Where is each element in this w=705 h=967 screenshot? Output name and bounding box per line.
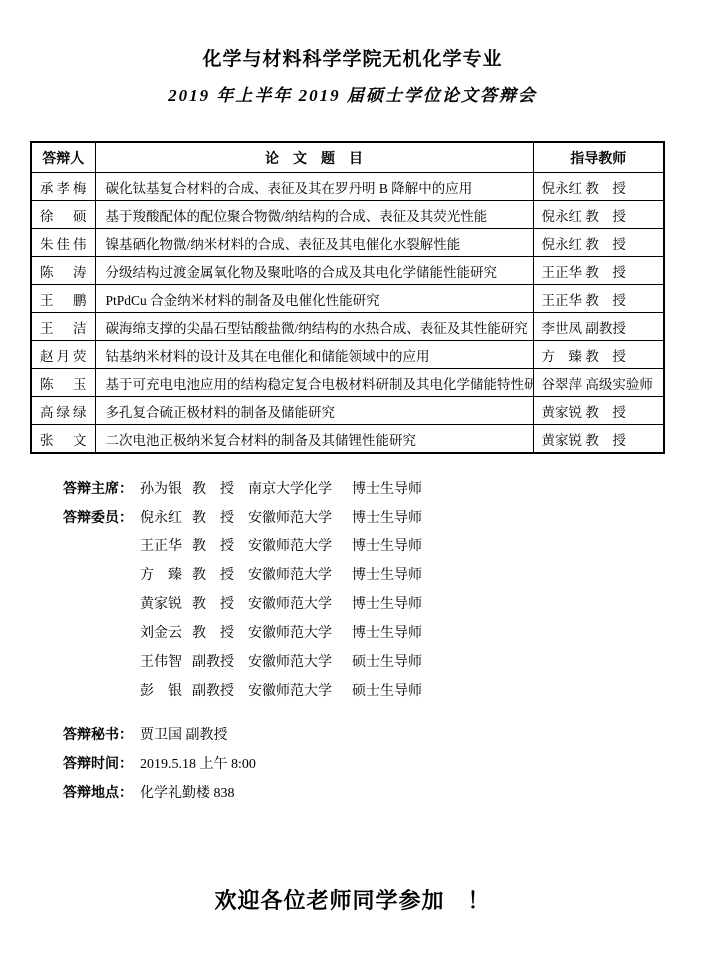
member-name: 王正华 — [140, 532, 192, 561]
header-thesis-title: 论 文 题 目 — [95, 142, 533, 173]
page-subtitle: 2019 年上半年 2019 届硕士学位论文答辩会 — [0, 81, 705, 106]
advisor-name: 倪永红 教 授 — [533, 229, 664, 257]
member-institution: 安徽师范大学 — [248, 677, 352, 706]
table-row: 徐 硕 基于羧酸配体的配位聚合物微/纳结构的合成、表征及其荧光性能 倪永红 教 … — [31, 201, 664, 229]
table-row: 王 鹏 PtPdCu 合金纳米材料的制备及电催化性能研究 王正华 教 授 — [31, 285, 664, 313]
thesis-title: 碳化钛基复合材料的合成、表征及其在罗丹明 B 降解中的应用 — [95, 173, 533, 201]
defender-name: 高绿绿 — [31, 397, 95, 425]
defender-name: 陈 玉 — [31, 369, 95, 397]
member-role: 博士生导师 — [352, 532, 422, 561]
member-role: 硕士生导师 — [352, 677, 422, 706]
defender-name: 徐 硕 — [31, 201, 95, 229]
welcome-message: 欢迎各位老师同学参加 ！ — [0, 884, 705, 915]
defender-name: 赵月荧 — [31, 341, 95, 369]
chair-label: 答辩主席： — [63, 474, 140, 503]
time-row: 答辩时间： 2019.5.18 上午 8:00 — [63, 749, 256, 778]
defender-name: 朱佳伟 — [31, 229, 95, 257]
member-role: 博士生导师 — [352, 590, 422, 619]
committee-member-row: 王正华 教 授 安徽师范大学 博士生导师 — [63, 532, 422, 561]
time-label: 答辩时间： — [63, 749, 140, 778]
member-name: 黄家锐 — [140, 590, 192, 619]
chair-name: 孙为银 — [140, 475, 192, 504]
table-row: 陈 玉 基于可充电电池应用的结构稳定复合电极材料研制及其电化学储能特性研究 谷翠… — [31, 369, 664, 397]
member-name: 王伟智 — [140, 648, 192, 677]
advisor-name: 谷翠萍 高级实验师 — [533, 369, 664, 397]
committee-member-row: 答辩委员： 倪永红 教 授 安徽师范大学 博士生导师 — [63, 503, 422, 532]
member-institution: 安徽师范大学 — [248, 648, 352, 677]
location-label: 答辩地点： — [63, 778, 140, 807]
member-title: 副教授 — [192, 648, 248, 677]
secretary-label: 答辩秘书： — [63, 720, 140, 749]
committee-section: 答辩主席： 孙为银 教 授 南京大学化学 博士生导师 答辩委员： 倪永红 教 授… — [63, 474, 422, 706]
member-institution: 安徽师范大学 — [248, 504, 352, 533]
thesis-title: 二次电池正极纳米复合材料的制备及其储锂性能研究 — [95, 425, 533, 454]
member-institution: 安徽师范大学 — [248, 619, 352, 648]
header-advisor: 指导教师 — [533, 142, 664, 173]
table-row: 高绿绿 多孔复合硫正极材料的制备及储能研究 黄家锐 教 授 — [31, 397, 664, 425]
thesis-title: 多孔复合硫正极材料的制备及储能研究 — [95, 397, 533, 425]
committee-member-row: 王伟智 副教授 安徽师范大学 硕士生导师 — [63, 648, 422, 677]
secretary-value: 贾卫国 副教授 — [140, 721, 228, 750]
advisor-name: 黄家锐 教 授 — [533, 425, 664, 454]
advisor-name: 王正华 教 授 — [533, 257, 664, 285]
committee-member-row: 黄家锐 教 授 安徽师范大学 博士生导师 — [63, 590, 422, 619]
chair-row: 答辩主席： 孙为银 教 授 南京大学化学 博士生导师 — [63, 474, 422, 503]
member-title: 教 授 — [192, 532, 248, 561]
table-row: 张 文 二次电池正极纳米复合材料的制备及其储锂性能研究 黄家锐 教 授 — [31, 425, 664, 454]
advisor-name: 倪永红 教 授 — [533, 173, 664, 201]
defender-name: 张 文 — [31, 425, 95, 454]
member-institution: 安徽师范大学 — [248, 590, 352, 619]
thesis-title: 分级结构过渡金属氧化物及聚吡咯的合成及其电化学储能性能研究 — [95, 257, 533, 285]
chair-institution: 南京大学化学 — [248, 475, 352, 504]
committee-member-row: 方 臻 教 授 安徽师范大学 博士生导师 — [63, 561, 422, 590]
advisor-name: 方 臻 教 授 — [533, 341, 664, 369]
member-institution: 安徽师范大学 — [248, 532, 352, 561]
member-name: 倪永红 — [140, 504, 192, 533]
table-row: 赵月荧 钴基纳米材料的设计及其在电催化和储能领域中的应用 方 臻 教 授 — [31, 341, 664, 369]
committee-member-row: 彭 银 副教授 安徽师范大学 硕士生导师 — [63, 677, 422, 706]
page-title: 化学与材料科学学院无机化学专业 — [0, 44, 705, 71]
thesis-title: 基于可充电电池应用的结构稳定复合电极材料研制及其电化学储能特性研究 — [95, 369, 533, 397]
member-title: 教 授 — [192, 619, 248, 648]
thesis-title: 镍基硒化物微/纳米材料的合成、表征及其电催化水裂解性能 — [95, 229, 533, 257]
defender-name: 王 鹏 — [31, 285, 95, 313]
members-label: 答辩委员： — [63, 503, 140, 532]
location-row: 答辩地点： 化学礼勤楼 838 — [63, 778, 256, 807]
defender-name: 陈 涛 — [31, 257, 95, 285]
member-title: 教 授 — [192, 504, 248, 533]
thesis-title: 基于羧酸配体的配位聚合物微/纳结构的合成、表征及其荧光性能 — [95, 201, 533, 229]
member-role: 博士生导师 — [352, 619, 422, 648]
member-title: 副教授 — [192, 677, 248, 706]
member-role: 硕士生导师 — [352, 648, 422, 677]
chair-role: 博士生导师 — [352, 475, 422, 504]
table-row: 陈 涛 分级结构过渡金属氧化物及聚吡咯的合成及其电化学储能性能研究 王正华 教 … — [31, 257, 664, 285]
member-name: 刘金云 — [140, 619, 192, 648]
member-name: 方 臻 — [140, 561, 192, 590]
table-header-row: 答辩人 论 文 题 目 指导教师 — [31, 142, 664, 173]
location-value: 化学礼勤楼 838 — [140, 779, 235, 808]
committee-member-row: 刘金云 教 授 安徽师范大学 博士生导师 — [63, 619, 422, 648]
member-title: 教 授 — [192, 590, 248, 619]
table-row: 王 洁 碳海绵支撑的尖晶石型钴酸盐微/纳结构的水热合成、表征及其性能研究 李世凤… — [31, 313, 664, 341]
info-section: 答辩秘书： 贾卫国 副教授 答辩时间： 2019.5.18 上午 8:00 答辩… — [63, 720, 256, 807]
time-value: 2019.5.18 上午 8:00 — [140, 750, 256, 779]
advisor-name: 李世凤 副教授 — [533, 313, 664, 341]
member-role: 博士生导师 — [352, 561, 422, 590]
header-defender: 答辩人 — [31, 142, 95, 173]
thesis-title: 碳海绵支撑的尖晶石型钴酸盐微/纳结构的水热合成、表征及其性能研究 — [95, 313, 533, 341]
member-role: 博士生导师 — [352, 504, 422, 533]
defense-schedule-table: 答辩人 论 文 题 目 指导教师 承孝梅 碳化钛基复合材料的合成、表征及其在罗丹… — [30, 141, 665, 454]
thesis-title: 钴基纳米材料的设计及其在电催化和储能领域中的应用 — [95, 341, 533, 369]
member-title: 教 授 — [192, 561, 248, 590]
chair-title: 教 授 — [192, 475, 248, 504]
member-name: 彭 银 — [140, 677, 192, 706]
table-row: 承孝梅 碳化钛基复合材料的合成、表征及其在罗丹明 B 降解中的应用 倪永红 教 … — [31, 173, 664, 201]
member-institution: 安徽师范大学 — [248, 561, 352, 590]
secretary-row: 答辩秘书： 贾卫国 副教授 — [63, 720, 256, 749]
advisor-name: 王正华 教 授 — [533, 285, 664, 313]
document-page: 化学与材料科学学院无机化学专业 2019 年上半年 2019 届硕士学位论文答辩… — [0, 0, 705, 967]
defender-name: 承孝梅 — [31, 173, 95, 201]
advisor-name: 倪永红 教 授 — [533, 201, 664, 229]
table-row: 朱佳伟 镍基硒化物微/纳米材料的合成、表征及其电催化水裂解性能 倪永红 教 授 — [31, 229, 664, 257]
defender-name: 王 洁 — [31, 313, 95, 341]
thesis-title: PtPdCu 合金纳米材料的制备及电催化性能研究 — [95, 285, 533, 313]
advisor-name: 黄家锐 教 授 — [533, 397, 664, 425]
